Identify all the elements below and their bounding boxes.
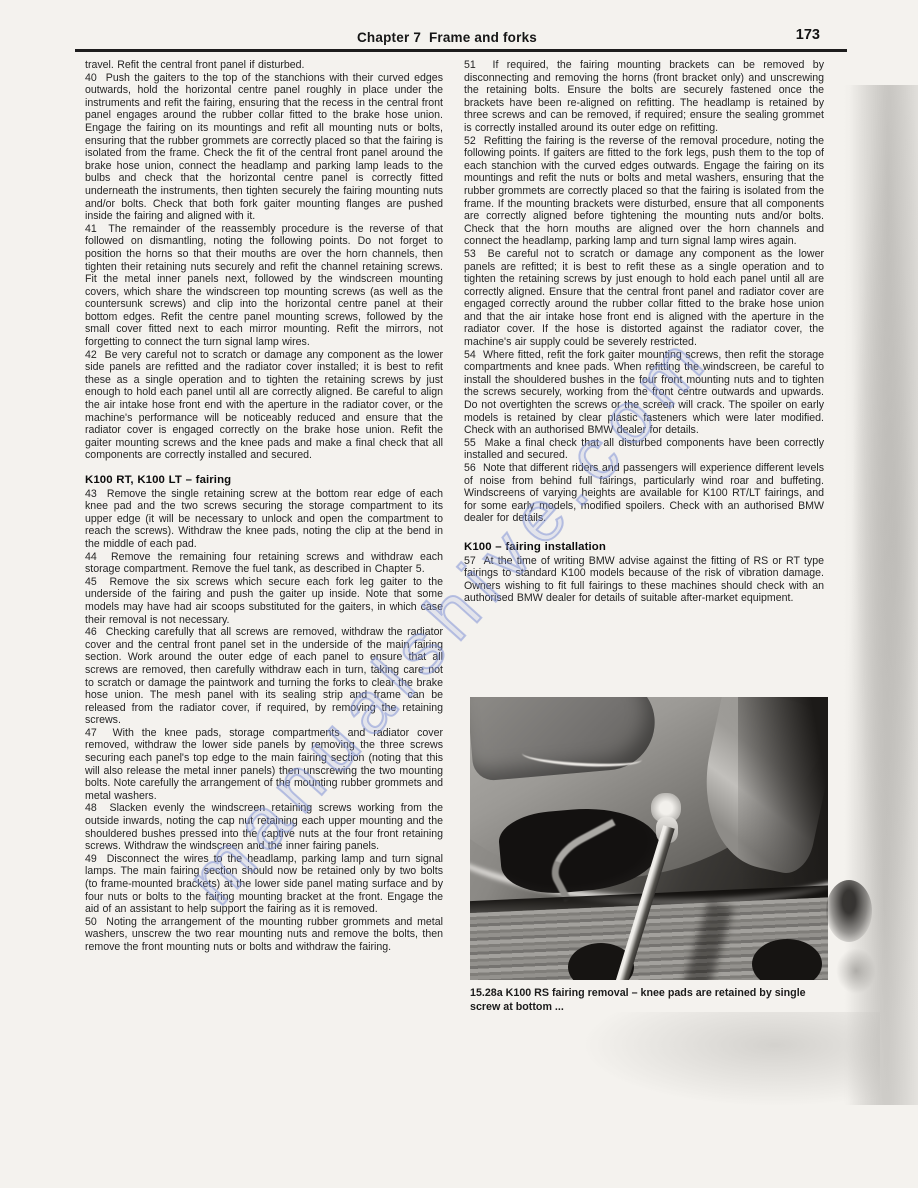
scan-artifact-bottom xyxy=(580,1012,880,1107)
chapter-header: Chapter 7 Frame and forks xyxy=(0,30,894,45)
paragraph-46: 46 Checking carefully that all screws ar… xyxy=(85,626,443,727)
scan-gray-blotch xyxy=(836,948,876,994)
section-heading-k100rt-lt-fairing: K100 RT, K100 LT – fairing xyxy=(85,474,443,487)
paragraph-45: 45 Remove the six screws which secure ea… xyxy=(85,576,443,626)
paragraph-continuation: travel. Refit the central front panel if… xyxy=(85,59,443,72)
paragraph-57: 57 At the time of writing BMW advise aga… xyxy=(464,555,824,605)
figure-photo-fairing-removal xyxy=(470,697,828,980)
left-text-column: travel. Refit the central front panel if… xyxy=(85,59,443,954)
paragraph-47: 47 With the knee pads, storage compartme… xyxy=(85,727,443,803)
header-divider xyxy=(75,49,847,52)
paragraph-43: 43 Remove the single retaining screw at … xyxy=(85,488,443,551)
paragraph-48: 48 Slacken evenly the windscreen retaini… xyxy=(85,802,443,852)
paragraph-53: 53 Be careful not to scratch or damage a… xyxy=(464,248,824,349)
paragraph-55: 55 Make a final check that all disturbed… xyxy=(464,437,824,462)
paragraph-52: 52 Refitting the fairing is the reverse … xyxy=(464,135,824,248)
paragraph-42: 42 Be very careful not to scratch or dam… xyxy=(85,349,443,462)
paragraph-41: 41 The remainder of the reassembly proce… xyxy=(85,223,443,349)
paragraph-40: 40 Push the gaiters to the top of the st… xyxy=(85,72,443,223)
paragraph-56: 56 Note that different riders and passen… xyxy=(464,462,824,525)
paragraph-49: 49 Disconnect the wires to the headlamp,… xyxy=(85,853,443,916)
section-heading-k100-fairing-installation: K100 – fairing installation xyxy=(464,541,824,554)
scan-ink-smudge xyxy=(826,880,872,942)
paragraph-51: 51 If required, the fairing mounting bra… xyxy=(464,59,824,135)
figure-caption-line2: screw at bottom ... xyxy=(470,1001,834,1015)
paragraph-54: 54 Where fitted, refit the fork gaiter m… xyxy=(464,349,824,437)
page-number: 173 xyxy=(772,27,820,43)
paragraph-50: 50 Noting the arrangement of the mountin… xyxy=(85,916,443,954)
figure-caption-line1: 15.28a K100 RS fairing removal – knee pa… xyxy=(470,987,834,1001)
paragraph-44: 44 Remove the remaining four retaining s… xyxy=(85,551,443,576)
right-text-column: 51 If required, the fairing mounting bra… xyxy=(464,59,824,605)
figure-caption: 15.28a K100 RS fairing removal – knee pa… xyxy=(470,987,834,1014)
